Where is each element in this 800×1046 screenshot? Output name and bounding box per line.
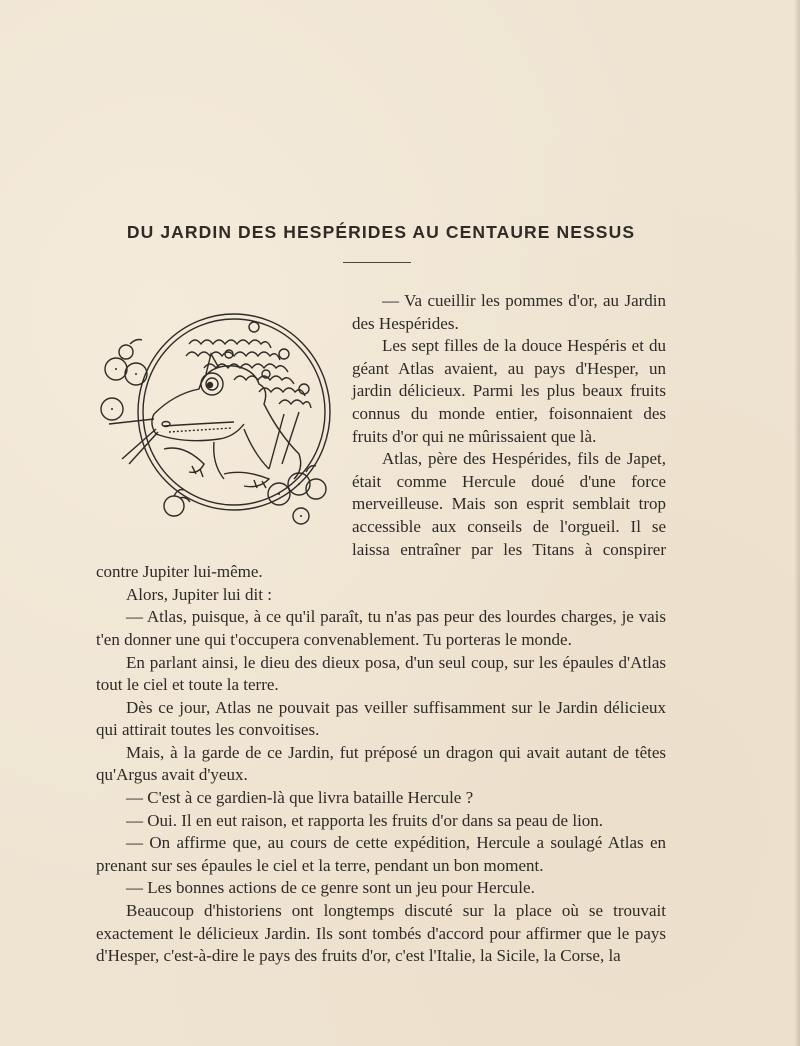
body-text: — Va cueillir les pommes d'or, au Jardin… xyxy=(96,290,666,968)
paragraph: Beaucoup d'historiens ont longtemps disc… xyxy=(96,900,666,968)
paragraph: — On affirme que, au cours de cette expé… xyxy=(96,832,666,877)
paragraph: En parlant ainsi, le dieu des dieux posa… xyxy=(96,652,666,697)
title-rule xyxy=(343,262,411,263)
paragraph: — C'est à ce gardien-là que livra batail… xyxy=(96,787,666,810)
paragraph: — Les bonnes actions de ce genre sont un… xyxy=(96,877,666,900)
dragon-illustration xyxy=(94,294,344,546)
paragraph: Mais, à la garde de ce Jardin, fut prépo… xyxy=(96,742,666,787)
paragraph: Dès ce jour, Atlas ne pouvait pas veille… xyxy=(96,697,666,742)
paragraph: — Atlas, puisque, à ce qu'il paraît, tu … xyxy=(96,606,666,651)
paragraph: — Oui. Il en eut raison, et rapporta les… xyxy=(96,810,666,833)
paragraph: Alors, Jupiter lui dit : xyxy=(96,584,666,607)
page-title: DU JARDIN DES HESPÉRIDES AU CENTAURE NES… xyxy=(0,222,762,243)
page-edge-shadow xyxy=(794,0,800,1046)
dragon-in-circle-icon xyxy=(94,294,344,546)
